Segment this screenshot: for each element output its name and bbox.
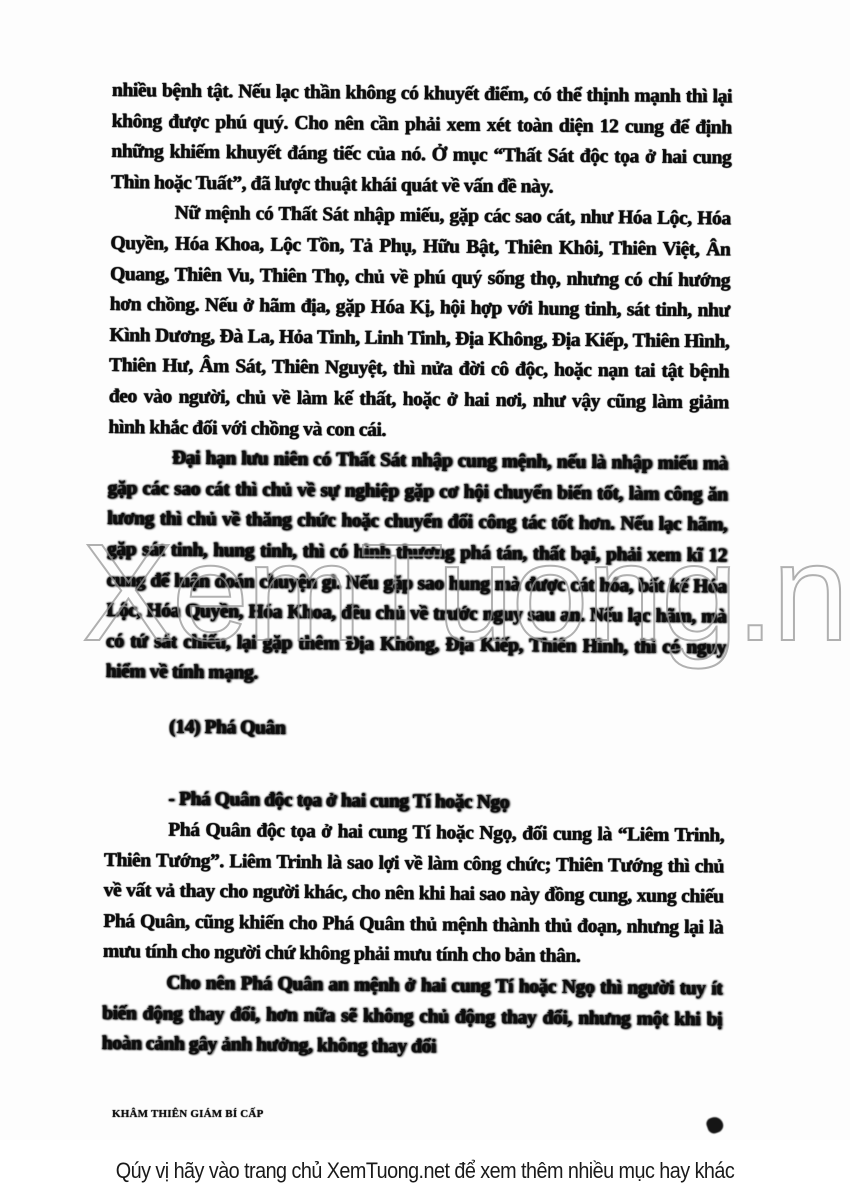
scanned-book-page: nhiều bệnh tật. Nếu lạc thần không có kh… [0,0,850,1140]
page-body-text: nhiều bệnh tật. Nếu lạc thần không có kh… [102,76,732,1066]
page-number-mark [705,1115,726,1136]
paragraph-3: Đại hạn lưu niên có Thất Sát nhập cung m… [106,443,729,694]
paragraph-2: Nữ mệnh có Thất Sát nhập miếu, gặp các s… [108,198,731,449]
site-caption: Qúy vị hãy vào trang chủ XemTuong.net để… [43,1158,808,1184]
section-title: (14) Phá Quân [105,712,725,749]
section-paragraph-1: Phá Quân độc tọa ở hai cung Tí hoặc Ngọ,… [103,815,725,974]
running-footer: KHÂM THIÊN GIÁM BÍ CẤP [112,1108,263,1120]
section-paragraph-2: Cho nên Phá Quân an mệnh ở hai cung Tí h… [102,968,723,1066]
paragraph-1: nhiều bệnh tật. Nếu lạc thần không có kh… [111,76,732,205]
